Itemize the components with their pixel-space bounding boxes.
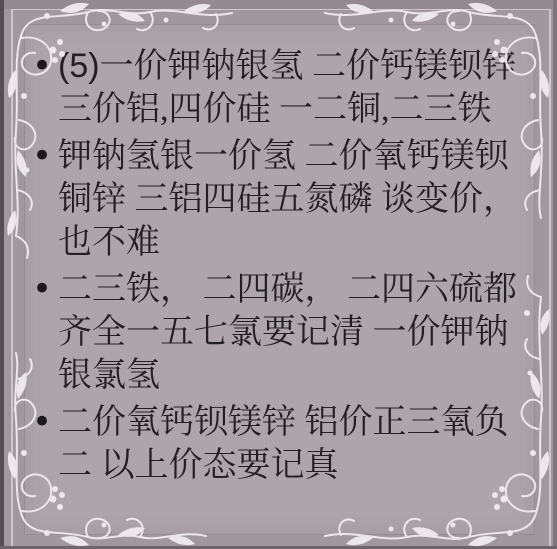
- frame-left-edge: [0, 0, 4, 549]
- text-line: 齐全一五七氯要记清 一价钾钠: [58, 311, 532, 354]
- text-line: 铜锌 三铝四硅五氮磷 谈变价，: [58, 178, 532, 221]
- slide-content-panel: • (5)一价钾钠银氢 二价钙镁钡锌 三价铝,四价硅 一二铜,二三铁 • 钾钠氢…: [24, 24, 535, 535]
- item-number: (5): [58, 47, 100, 85]
- bullet-item: • 钾钠氢银一价氢 二价氧钙镁钡 铜锌 三铝四硅五氮磷 谈变价， 也不难: [28, 135, 532, 264]
- text-line: 银氯氢: [58, 354, 532, 397]
- text-line: (5)一价钾钠银氢 二价钙镁钡锌: [58, 45, 532, 88]
- text-line: 三价铝,四价硅 一二铜,二三铁: [58, 88, 532, 131]
- text-line: 二 以上价态要记真: [58, 444, 532, 487]
- bullet-item: • 二三铁， 二四碳， 二四六硫都 齐全一五七氯要记清 一价钾钠 银氯氢: [28, 268, 532, 397]
- frame-right-edge: [553, 0, 557, 549]
- text-line: 二三铁， 二四碳， 二四六硫都: [58, 268, 532, 311]
- bullet-icon: •: [28, 135, 58, 178]
- bullet-icon: •: [28, 401, 58, 444]
- bullet-item: • (5)一价钾钠银氢 二价钙镁钡锌 三价铝,四价硅 一二铜,二三铁: [28, 45, 532, 131]
- bullet-icon: •: [28, 45, 58, 88]
- text-line: 二价氧钙钡镁锌 铝价正三氧负: [58, 401, 532, 444]
- frame-top-strip: [0, 0, 557, 9]
- bullet-item: • 二价氧钙钡镁锌 铝价正三氧负 二 以上价态要记真: [28, 401, 532, 487]
- text-line: 也不难: [58, 221, 532, 264]
- slide-text-area: • (5)一价钾钠银氢 二价钙镁钡锌 三价铝,四价硅 一二铜,二三铁 • 钾钠氢…: [28, 45, 532, 487]
- text-line: 钾钠氢银一价氢 二价氧钙镁钡: [58, 135, 532, 178]
- bullet-icon: •: [28, 268, 58, 311]
- text-line-content: 一价钾钠银氢 二价钙镁钡锌: [100, 48, 517, 85]
